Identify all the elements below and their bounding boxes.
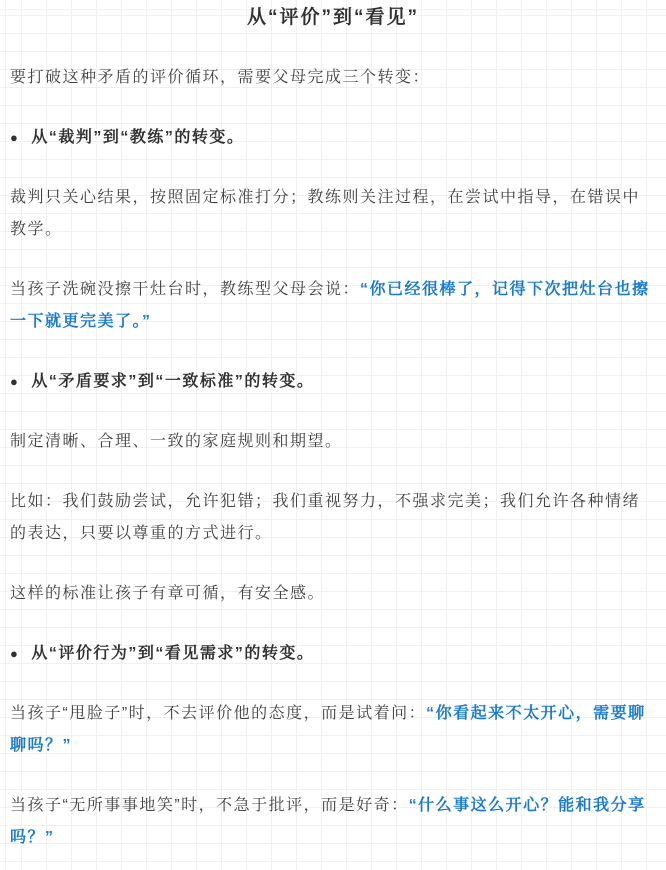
- paragraph: 当孩子洗碗没擦干灶台时，教练型父母会说：“你已经很棒了，记得下次把灶台也擦一下就…: [10, 274, 656, 338]
- article-page: 从“评价”到“看见” 要打破这种矛盾的评价循环，需要父母完成三个转变： ● 从“…: [0, 0, 666, 870]
- paragraph-text: 当孩子“无所事事地笑”时，不急于批评，而是好奇：: [10, 797, 409, 814]
- section-heading-text: 从“裁判”到“教练”的转变。: [31, 122, 244, 154]
- section-heading-judge-to-coach: ● 从“裁判”到“教练”的转变。: [10, 122, 656, 154]
- section-heading-text: 从“矛盾要求”到“一致标准”的转变。: [31, 366, 314, 398]
- paragraph: 当孩子“甩脸子”时，不去评价他的态度，而是试着问：“你看起来不太开心，需要聊聊吗…: [10, 698, 656, 762]
- bullet-icon: ●: [10, 122, 19, 154]
- paragraph-text: 当孩子洗碗没擦干灶台时，教练型父母会说：: [10, 281, 360, 298]
- section-heading-text: 从“评价行为”到“看见需求”的转变。: [31, 638, 314, 670]
- intro-paragraph: 要打破这种矛盾的评价循环，需要父母完成三个转变：: [10, 62, 656, 94]
- paragraph: 这样的标准让孩子有章可循，有安全感。: [10, 578, 656, 610]
- paragraph: 裁判只关心结果，按照固定标准打分；教练则关注过程，在尝试中指导，在错误中教学。: [10, 182, 656, 246]
- section-heading-contradiction-to-consistency: ● 从“矛盾要求”到“一致标准”的转变。: [10, 366, 656, 398]
- paragraph: 当孩子“无所事事地笑”时，不急于批评，而是好奇：“什么事这么开心？能和我分享吗？…: [10, 790, 656, 854]
- paragraph: 比如：我们鼓励尝试，允许犯错；我们重视努力，不强求完美；我们允许各种情绪的表达，…: [10, 486, 656, 550]
- section-heading-behavior-to-needs: ● 从“评价行为”到“看见需求”的转变。: [10, 638, 656, 670]
- page-title: 从“评价”到“看见”: [10, 2, 656, 34]
- bullet-icon: ●: [10, 366, 19, 398]
- paragraph: 制定清晰、合理、一致的家庭规则和期望。: [10, 426, 656, 458]
- paragraph-text: 当孩子“甩脸子”时，不去评价他的态度，而是试着问：: [10, 705, 426, 722]
- bullet-icon: ●: [10, 638, 19, 670]
